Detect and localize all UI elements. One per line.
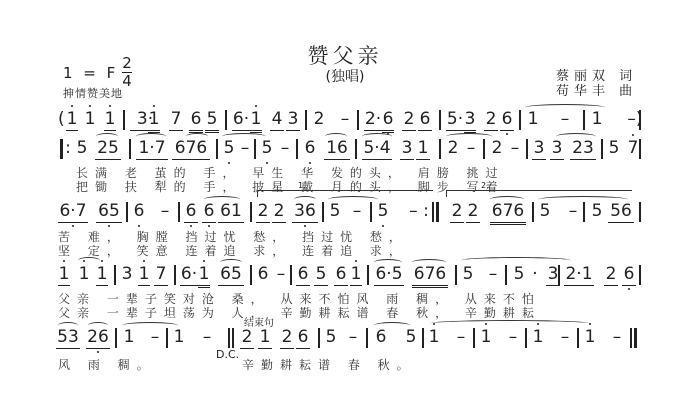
note: – : bbox=[408, 200, 430, 222]
note-text: ( bbox=[58, 108, 65, 130]
barline bbox=[250, 265, 252, 285]
note: 3 bbox=[550, 137, 564, 160]
note: 2 bbox=[450, 200, 464, 223]
note: – bbox=[202, 326, 212, 348]
note: 6 bbox=[296, 326, 310, 349]
barline bbox=[525, 328, 527, 348]
time-signature: 2 4 bbox=[122, 56, 132, 89]
time-signature-bottom: 4 bbox=[122, 72, 132, 90]
repeat-end-barline bbox=[436, 202, 439, 222]
staff-line-1: ( 1 1 1 3· 1 7 6 5 6· 1 4 3 2 – 2· 6 2 6… bbox=[0, 108, 690, 134]
note: 6 bbox=[334, 263, 348, 286]
note: 56 bbox=[608, 200, 634, 223]
barline bbox=[505, 265, 507, 285]
note: 1 bbox=[532, 326, 544, 348]
lyrics-line-5-part-1: 风 雨 稠。 bbox=[58, 356, 156, 373]
note: 6 bbox=[256, 263, 270, 285]
note: 5 bbox=[404, 326, 418, 348]
key-signature: 1 = F bbox=[63, 64, 118, 82]
note: 25 bbox=[95, 137, 121, 160]
note: 5 bbox=[314, 263, 328, 286]
note: 1 bbox=[138, 263, 150, 286]
note: 1 bbox=[122, 326, 136, 348]
note: 3 bbox=[400, 137, 414, 160]
dc-marking: D.C. bbox=[216, 348, 239, 361]
note: 5 bbox=[607, 137, 621, 159]
barline bbox=[115, 328, 117, 348]
staff-line-2: : 5 25 1·7 676 5 – 5 – 6 16 5·4 3 1 2 – … bbox=[0, 137, 690, 163]
barline bbox=[225, 110, 227, 130]
note: 1 bbox=[250, 108, 262, 133]
barline bbox=[439, 110, 441, 130]
barline bbox=[305, 110, 307, 130]
note: – bbox=[352, 200, 362, 222]
note: 1 bbox=[590, 108, 604, 130]
note: – bbox=[340, 108, 350, 130]
note: 65 bbox=[218, 263, 244, 286]
lyrics-line-5-part-2: 辛勤耕耘谱 春 秋。 bbox=[242, 356, 416, 373]
barline bbox=[439, 139, 441, 159]
barline bbox=[639, 139, 641, 159]
barline bbox=[366, 328, 368, 348]
note: 2 bbox=[484, 108, 498, 131]
note: 2 bbox=[312, 108, 326, 130]
note: – bbox=[568, 200, 578, 222]
note: 2 bbox=[280, 326, 294, 349]
barline bbox=[630, 328, 632, 348]
barline bbox=[318, 328, 320, 348]
barline bbox=[290, 265, 292, 285]
note: – bbox=[348, 326, 358, 348]
note: 1 bbox=[84, 108, 96, 130]
note: – bbox=[466, 137, 476, 159]
barline bbox=[254, 139, 256, 159]
note: 1 bbox=[428, 326, 440, 348]
note: 1 bbox=[480, 326, 492, 348]
note: 23 bbox=[570, 137, 596, 160]
note: – bbox=[560, 108, 570, 130]
note: 3 bbox=[286, 108, 300, 131]
note: 1 bbox=[96, 263, 108, 286]
note: 53 bbox=[56, 326, 80, 349]
barline bbox=[639, 265, 641, 285]
note: 2 bbox=[402, 108, 416, 131]
note: 5 bbox=[260, 137, 274, 159]
note: 6 bbox=[418, 108, 432, 131]
tempo-marking: 抻情赞美地 bbox=[63, 85, 123, 101]
barline bbox=[250, 202, 252, 222]
barline bbox=[422, 328, 424, 348]
barline bbox=[367, 265, 369, 285]
barline bbox=[355, 139, 357, 159]
barline bbox=[577, 328, 579, 348]
note: – bbox=[508, 326, 518, 348]
note: – bbox=[510, 137, 520, 159]
note: 1 bbox=[416, 137, 430, 160]
barline bbox=[639, 110, 641, 130]
barline bbox=[228, 328, 230, 348]
note: 5 bbox=[461, 263, 475, 285]
note: 2 bbox=[466, 200, 480, 223]
note: 6 bbox=[296, 263, 310, 286]
composer-credit: 苟华丰 曲 bbox=[556, 80, 637, 99]
note: 1 bbox=[148, 108, 160, 133]
note: 36 bbox=[292, 200, 318, 223]
note: 5· bbox=[446, 108, 464, 131]
note: 1 bbox=[104, 108, 116, 131]
time-signature-top: 2 bbox=[122, 54, 132, 72]
barline bbox=[526, 139, 528, 159]
barline bbox=[129, 139, 131, 159]
staff-line-4: 1 1 1 3 1 7 6· 1 65 6 – 6 5 6 1 6·5 676 … bbox=[0, 263, 690, 289]
lyrics-line-3-verse-2: 坚 定， 笑意 连着追 求， 连着追 求， bbox=[58, 242, 408, 259]
note: 6 bbox=[304, 137, 316, 159]
note: 6 bbox=[500, 108, 514, 131]
note: 4 bbox=[270, 108, 284, 131]
note: – bbox=[456, 326, 466, 348]
note: 1 bbox=[584, 326, 596, 348]
note: 7 bbox=[626, 137, 640, 159]
barline bbox=[432, 202, 434, 222]
note: 65 bbox=[96, 200, 122, 223]
barline bbox=[166, 328, 168, 348]
note: – bbox=[150, 326, 160, 348]
note: 6· bbox=[180, 263, 198, 286]
note: 6·7 bbox=[58, 200, 88, 223]
note: 6 bbox=[184, 200, 198, 223]
barline bbox=[601, 139, 603, 159]
barline bbox=[232, 328, 234, 348]
note: 1 bbox=[526, 108, 540, 130]
note: 5 bbox=[324, 326, 338, 348]
note: 2 bbox=[240, 326, 254, 349]
note: – bbox=[280, 137, 290, 159]
note: 1 bbox=[198, 263, 210, 288]
note: 5 bbox=[376, 200, 390, 222]
barline bbox=[558, 265, 560, 285]
barline bbox=[519, 110, 521, 130]
note: 7 bbox=[154, 263, 168, 286]
note: 2· bbox=[364, 108, 382, 131]
note: 5 bbox=[205, 108, 219, 133]
barline bbox=[532, 202, 534, 222]
note: 6 bbox=[622, 263, 636, 286]
barline bbox=[126, 202, 128, 222]
note: 1 bbox=[350, 263, 362, 286]
note: 5 bbox=[328, 200, 342, 222]
note: · bbox=[530, 263, 540, 285]
barline bbox=[483, 139, 485, 159]
note: – bbox=[240, 137, 250, 159]
note: 5 bbox=[512, 263, 526, 285]
note: 6 bbox=[189, 108, 203, 133]
barline bbox=[583, 202, 585, 222]
barline bbox=[455, 265, 457, 285]
lyrics-line-4-verse-2: 父亲 一辈子坦荡为 人， 辛勤耕耘谱 春 秋， 辛勤耕耘 bbox=[58, 304, 541, 321]
note: 6 bbox=[132, 200, 146, 222]
barline bbox=[114, 265, 116, 285]
note: 1 bbox=[66, 108, 78, 131]
note: 6· bbox=[232, 108, 250, 131]
barline bbox=[123, 110, 125, 130]
barline bbox=[322, 202, 324, 222]
note: – bbox=[612, 326, 622, 348]
barline bbox=[296, 139, 298, 159]
note: 26 bbox=[86, 326, 110, 349]
note: – bbox=[488, 263, 498, 285]
note: – bbox=[160, 200, 170, 222]
note: 5 bbox=[76, 137, 88, 159]
note: 1 bbox=[58, 263, 70, 286]
note: –) bbox=[620, 108, 650, 130]
barline bbox=[174, 265, 176, 285]
note: 2 bbox=[272, 200, 286, 223]
note: 5 bbox=[590, 200, 604, 222]
staff-line-5: 53 26 1 – 1 – 2 1 2 6 5 – 6 5 1 – 1 – 1 … bbox=[0, 326, 690, 352]
note: 2·1 bbox=[564, 263, 594, 286]
note: 6 bbox=[374, 326, 388, 348]
note: 3 bbox=[120, 263, 134, 285]
repeat-start-barline bbox=[60, 139, 63, 159]
note: 676 bbox=[490, 200, 526, 225]
note: 3 bbox=[464, 108, 476, 133]
note: 7 bbox=[169, 108, 183, 131]
note: 676 bbox=[412, 263, 448, 288]
note: 1 bbox=[258, 326, 272, 349]
note: 16 bbox=[324, 137, 350, 160]
note: – bbox=[276, 263, 286, 285]
note: 5 bbox=[538, 200, 552, 222]
note: 1 bbox=[78, 263, 90, 285]
note: – bbox=[560, 326, 570, 348]
barline bbox=[370, 202, 372, 222]
barline bbox=[357, 110, 359, 130]
barline bbox=[639, 202, 641, 222]
barline bbox=[216, 139, 218, 159]
note: 6 bbox=[202, 200, 216, 223]
note: 2 bbox=[446, 137, 460, 159]
note: 3 bbox=[532, 137, 546, 160]
note: 1·7 bbox=[136, 137, 168, 160]
barline bbox=[178, 202, 180, 222]
barline bbox=[473, 328, 475, 348]
note: 6 bbox=[382, 108, 394, 133]
note: 5 bbox=[222, 137, 236, 159]
note: 2 bbox=[256, 200, 270, 223]
final-barline bbox=[634, 328, 637, 348]
note: 676 bbox=[172, 137, 210, 160]
note: 5·4 bbox=[362, 137, 392, 160]
barline bbox=[583, 110, 585, 130]
note: 2 bbox=[490, 137, 504, 159]
note: 1 bbox=[172, 326, 186, 348]
note: 61 bbox=[218, 200, 244, 223]
repeat-dots: : bbox=[64, 137, 72, 159]
note: 2 bbox=[604, 263, 618, 286]
staff-line-3: 6·7 65 6 – 6 6 61 2 2 36 5 – 5 – : 2 2 6… bbox=[0, 200, 690, 226]
note: 6·5 bbox=[374, 263, 404, 286]
